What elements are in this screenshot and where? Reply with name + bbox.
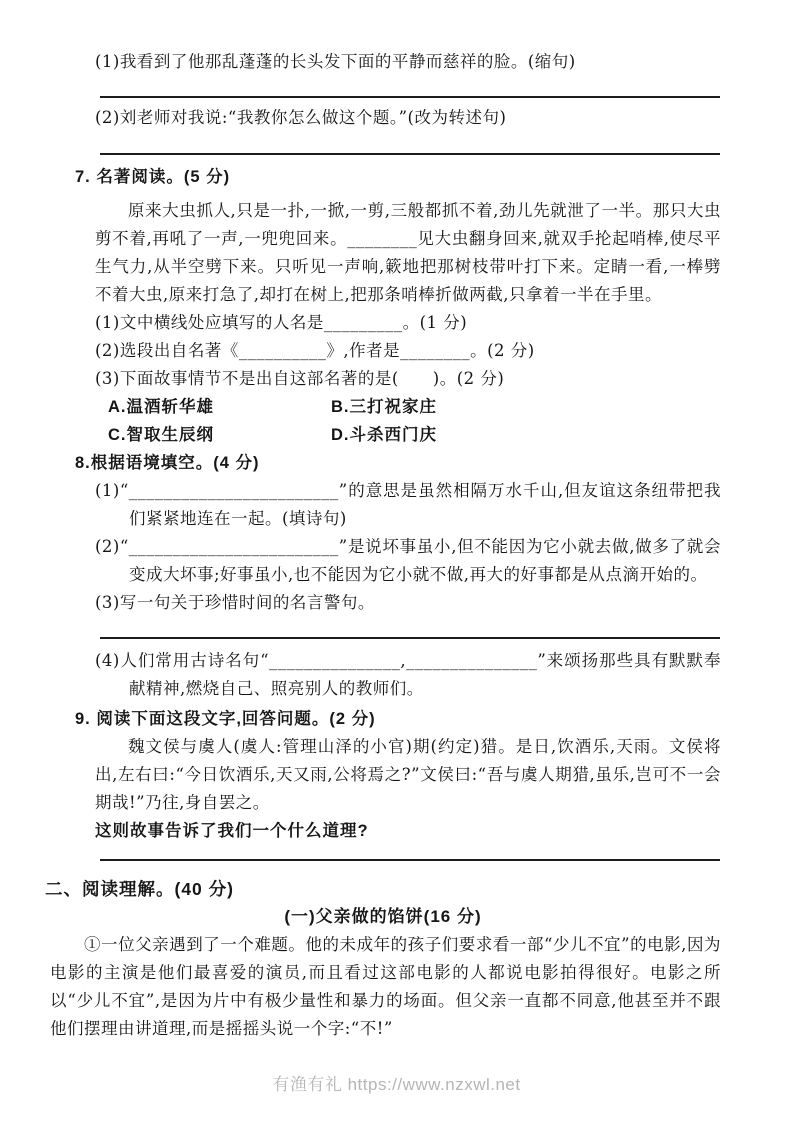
q8-sub-1: (1)“________________________”的意思是虽然相隔万水千… [95,477,721,533]
answer-line-1 [100,96,720,98]
q7-passage: 原来大虫抓人,只是一扑,一掀,一剪,三般都抓不着,劲儿先就泄了一半。那只大虫剪不… [95,197,721,309]
q7-options-row-2: C.智取生辰纲 D.斗杀西门庆 [108,421,721,449]
q8-sub-3: (3)写一句关于珍惜时间的名言警句。 [95,589,721,617]
q7-sub-3: (3)下面故事情节不是出自这部名著的是( )。(2 分) [95,365,721,393]
page-footer: 有渔有礼 https://www.nzxwl.net [0,1070,793,1095]
exam-content: (1)我看到了他那乱蓬蓬的长头发下面的平静而慈祥的脸。(缩句) (2)刘老师对我… [75,48,721,1043]
reading-paragraph-1: ①一位父亲遇到了一个难题。他的未成年的孩子们要求看一部“少儿不宜”的电影,因为电… [50,931,721,1043]
q7-option-c: C.智取生辰纲 [108,421,331,449]
q7-options-row-1: A.温酒斩华雄 B.三打祝家庄 [108,393,721,421]
answer-line-2 [100,153,720,155]
q7-sub-2: (2)选段出自名著《__________》,作者是________。(2 分) [95,337,721,365]
q9-header: 9. 阅读下面这段文字,回答问题。(2 分) [75,705,721,733]
q8-sub-4: (4)人们常用古诗名句“_______________,____________… [95,647,721,703]
q7-option-a: A.温酒斩华雄 [108,393,331,421]
q6-item-2: (2)刘老师对我说:“我教你怎么做这个题。”(改为转述句) [95,104,721,132]
q6-item-1: (1)我看到了他那乱蓬蓬的长头发下面的平静而慈祥的脸。(缩句) [95,48,721,76]
answer-line-3 [100,637,720,639]
answer-line-4 [100,859,720,861]
q7-header: 7. 名著阅读。(5 分) [75,163,721,191]
q8-sub-2: (2)“________________________”是说坏事虽小,但不能因… [95,533,721,589]
q7-sub-1: (1)文中横线处应填写的人名是_________。(1 分) [95,309,721,337]
reading-title: (一)父亲做的馅饼(16 分) [45,903,721,931]
q9-passage: 魏文侯与虞人(虞人:管理山泽的小官)期(约定)猎。是日,饮酒乐,天雨。文侯将出,… [95,733,721,817]
q9-question: 这则故事告诉了我们一个什么道理? [95,817,721,845]
footer-watermark-text: 有渔有礼 https://www.nzxwl.net [272,1075,520,1094]
q8-header: 8.根据语境填空。(4 分) [75,449,721,477]
q7-option-b: B.三打祝家庄 [331,393,437,421]
q7-option-d: D.斗杀西门庆 [331,421,437,449]
exam-page: (1)我看到了他那乱蓬蓬的长头发下面的平静而慈祥的脸。(缩句) (2)刘老师对我… [0,0,793,1122]
section2-header: 二、阅读理解。(40 分) [45,875,721,903]
